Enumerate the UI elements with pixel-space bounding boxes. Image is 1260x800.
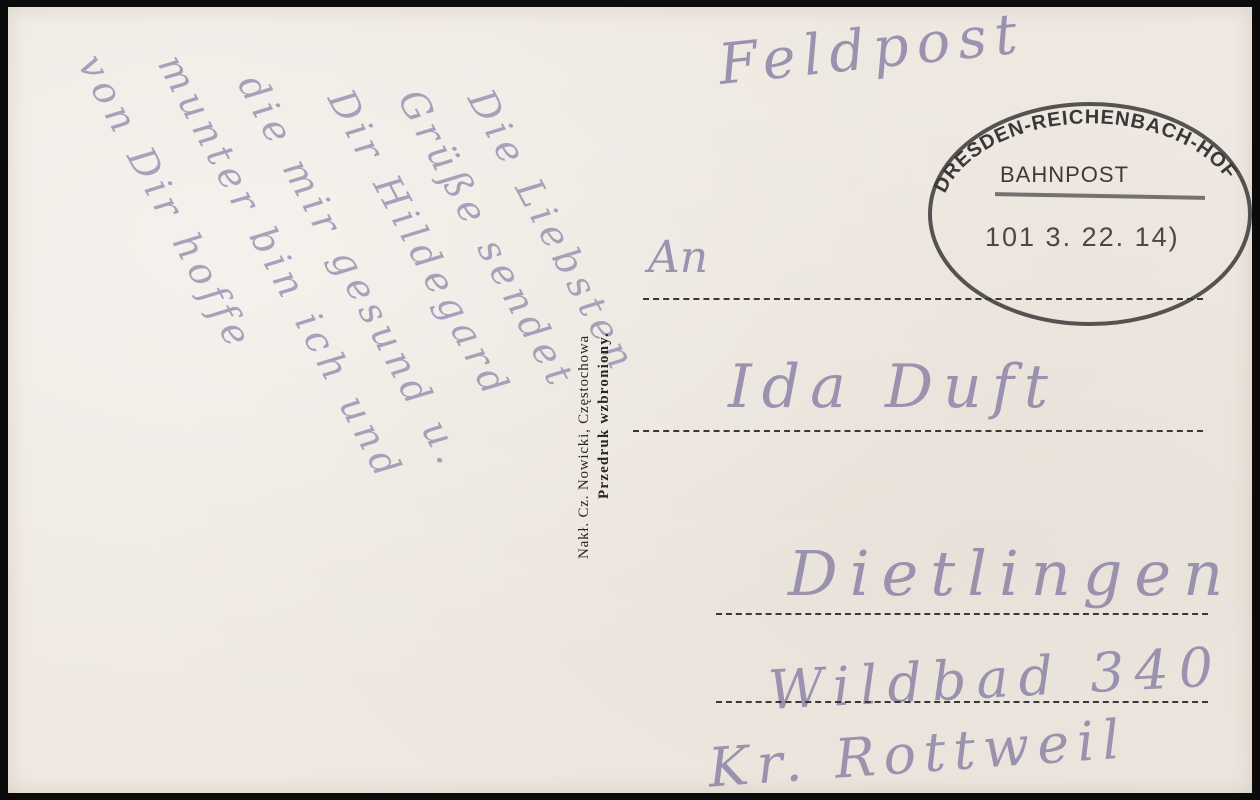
address-street: Wildbad 340	[767, 635, 1225, 722]
postcard-back: Die Liebsten Grüße sendet Dir Hildegard …	[8, 7, 1252, 793]
address-name: Ida Duft	[728, 352, 1058, 422]
postmark-center-text: BAHNPOST	[1000, 162, 1129, 188]
address-line-2	[633, 430, 1203, 432]
address-prefix: An	[648, 232, 708, 283]
postmark-ring-icon: DRESDEN-REICHENBACH-HOF	[925, 94, 1255, 329]
publisher-line: Nakł. Cz. Nowicki, Częstochowa	[576, 335, 593, 559]
handwritten-message: Die Liebsten Grüße sendet Dir Hildegard …	[28, 27, 548, 787]
postmark-stamp: DRESDEN-REICHENBACH-HOF BAHNPOST 101 3. …	[925, 94, 1255, 329]
feldpost-handwriting: Feldpost	[715, 1, 1028, 98]
publisher-imprint: Nakł. Cz. Nowicki, Częstochowa Przedruk …	[576, 207, 636, 567]
address-line-3	[716, 613, 1208, 615]
postmark-date: 101 3. 22. 14)	[985, 222, 1180, 253]
address-city: Dietlingen	[788, 537, 1235, 610]
copyright-line: Przedruk wzbroniony.	[596, 332, 613, 499]
address-line-1	[643, 298, 1203, 300]
address-line-4	[716, 701, 1208, 703]
